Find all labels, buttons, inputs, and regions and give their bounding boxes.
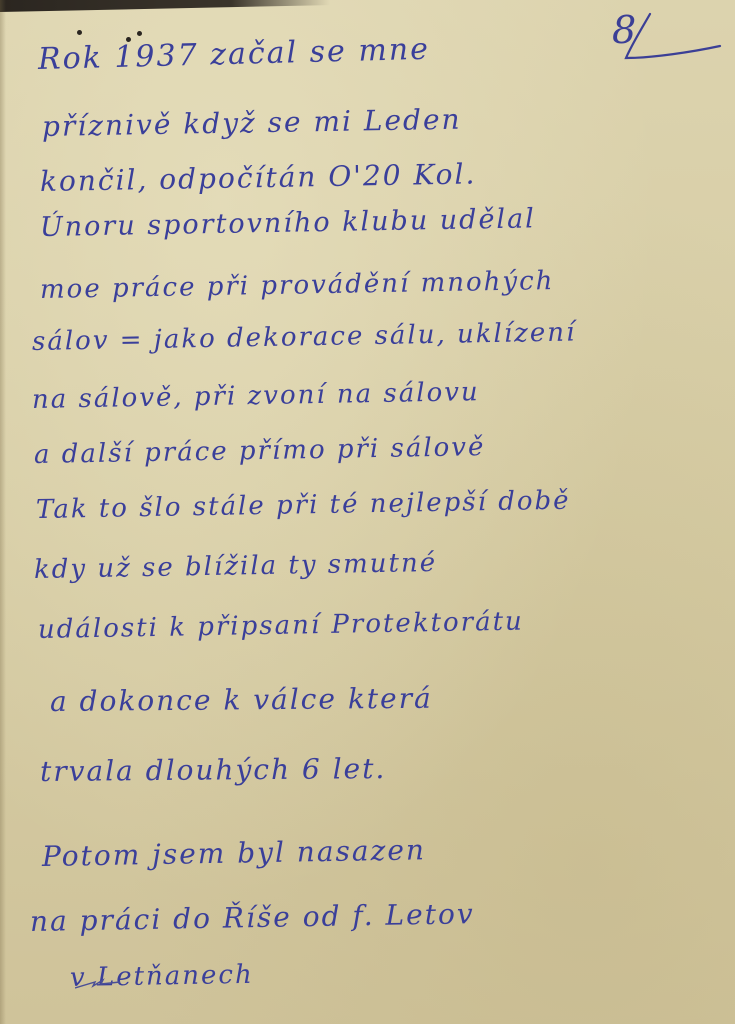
paper-hole-mark bbox=[77, 30, 82, 35]
handwritten-line: na práci do Říše od f. Letov bbox=[30, 897, 475, 938]
scanner-edge-shadow bbox=[0, 0, 330, 12]
handwritten-line: a další práce přímo při sálově bbox=[34, 432, 486, 470]
handwritten-line: trvala dlouhých 6 let. bbox=[40, 752, 387, 788]
handwritten-line: sálov = jako dekorace sálu, uklízení bbox=[32, 318, 577, 357]
ink-scribble-mark bbox=[75, 976, 125, 990]
handwritten-line: příznivě když se mi Leden bbox=[42, 103, 462, 143]
page-edge-shadow bbox=[0, 0, 6, 1024]
handwritten-line: kdy už se blížila ty smutné bbox=[34, 548, 438, 585]
handwritten-line: končil, odpočítán O'20 Kol. bbox=[40, 157, 477, 198]
paper-hole-mark bbox=[137, 31, 142, 36]
handwritten-line: Potom jsem byl nasazen bbox=[42, 833, 426, 873]
handwritten-line: a dokonce k válce která bbox=[50, 682, 433, 718]
handwritten-line: události k připsaní Protektorátu bbox=[38, 607, 524, 645]
handwritten-line: Rok 1937 začal se mne bbox=[38, 32, 431, 77]
manuscript-page: 8 Rok 1937 začal se mnepříznivě když se … bbox=[0, 0, 735, 1024]
handwritten-line: na sálově, při zvoní na sálovu bbox=[32, 377, 480, 415]
handwritten-line: moe práce při provádění mnohých bbox=[40, 266, 555, 305]
page-number: 8 bbox=[612, 8, 636, 52]
handwritten-line: Únoru sportovního klubu udělal bbox=[40, 203, 536, 243]
handwritten-line: Tak to šlo stále při té nejlepší době bbox=[36, 486, 571, 525]
